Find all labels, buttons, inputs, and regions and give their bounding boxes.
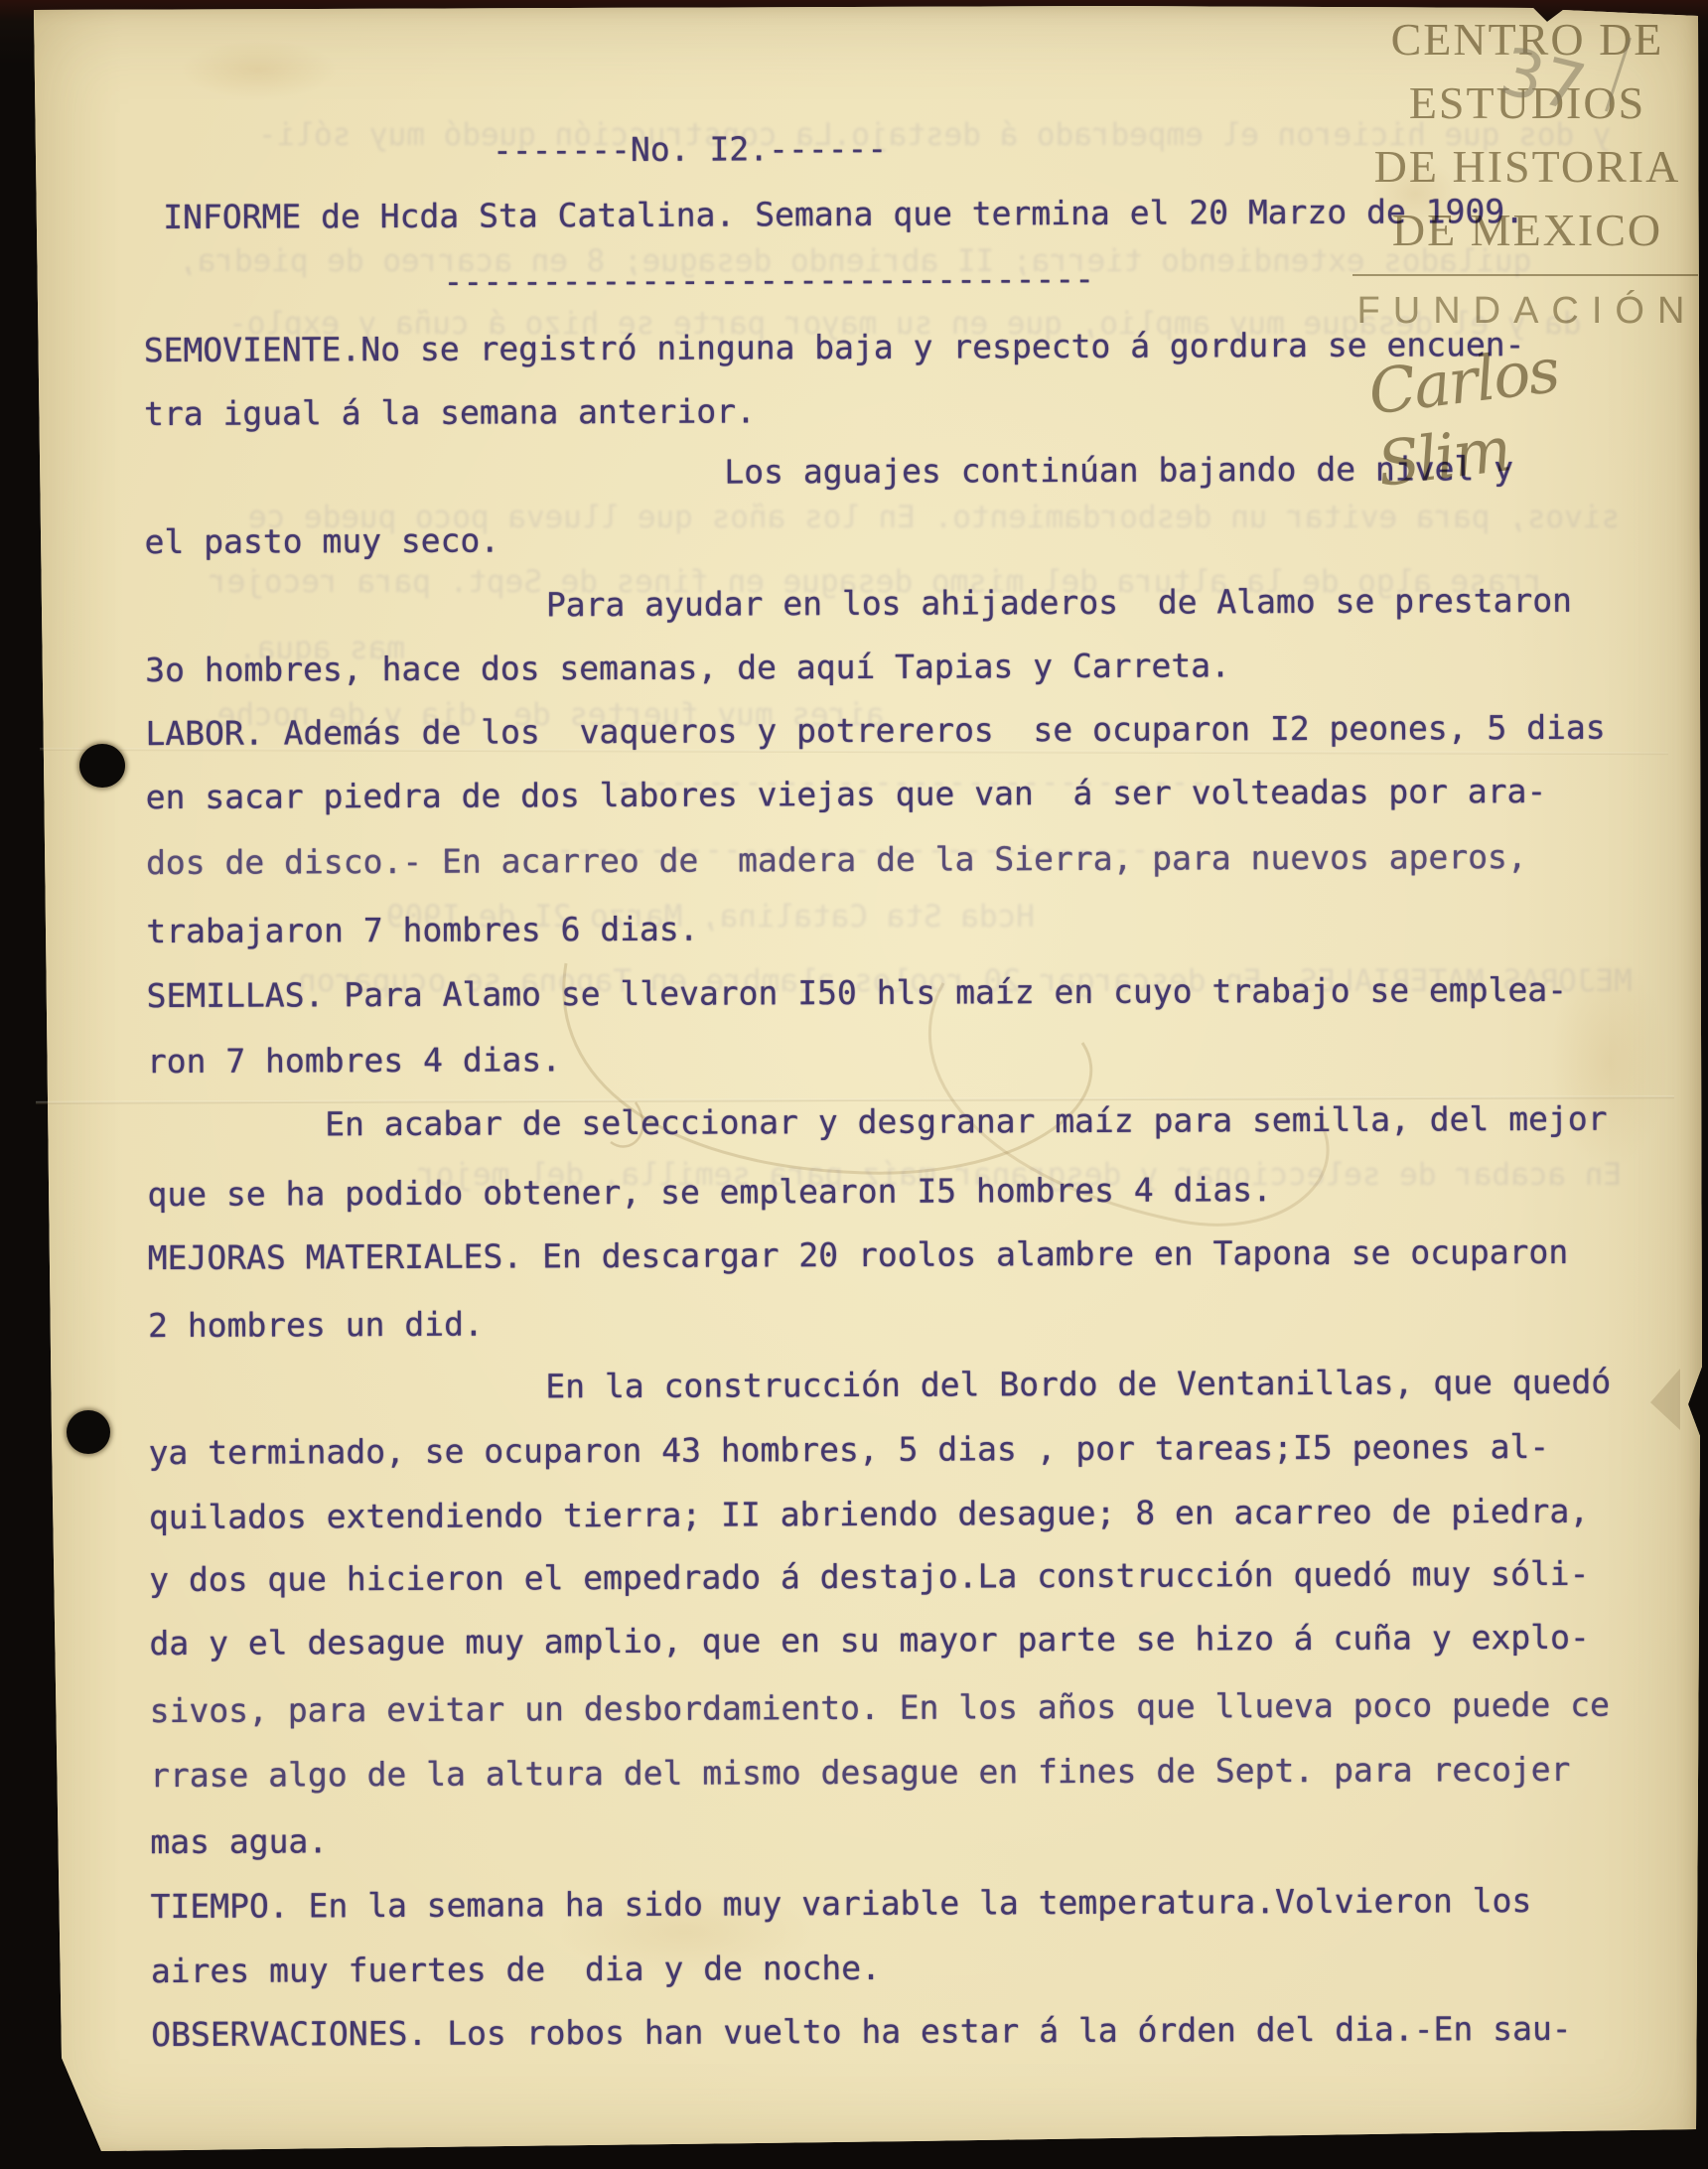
typed-line-1: INFORME de Hcda Sta Catalina. Semana que…	[163, 192, 1524, 236]
typed-line-6: el pasto muy seco.	[145, 521, 500, 562]
typed-line-4: tra igual á la semana anterior.	[144, 391, 756, 433]
typed-line-22: y dos que hicieron el empedrado á destaj…	[149, 1554, 1590, 1599]
typed-line-14: ron 7 hombres 4 dias.	[147, 1040, 561, 1081]
typed-line-27: TIEMPO. En la semana ha sido muy variabl…	[151, 1881, 1532, 1926]
typed-line-18: 2 hombres un did.	[148, 1305, 484, 1345]
typed-line-29: OBSERVACIONES. Los robos han vuelto ha e…	[151, 2009, 1572, 2054]
typed-line-24: sivos, para evitar un desbordamiento. En…	[150, 1685, 1610, 1730]
typed-line-7: Para ayudar en los ahijaderos de Alamo s…	[546, 581, 1572, 625]
stamp-line-3: DE HISTORIA	[1347, 135, 1708, 199]
typed-line-8: 3o hombres, hace dos semanas, de aquí Ta…	[145, 646, 1230, 689]
typed-line-2: ---------------------------------	[443, 259, 1094, 301]
typed-line-12: trabajaron 7 hombres 6 dias.	[146, 910, 698, 950]
stamp-line-4: DE MEXICO	[1347, 199, 1708, 262]
typed-line-26: mas agua.	[150, 1821, 328, 1861]
punch-hole-top	[79, 744, 125, 788]
typed-line-23: da y el desague muy amplio, que en su ma…	[149, 1618, 1590, 1663]
typed-line-17: MEJORAS MATERIALES. En descargar 20 rool…	[148, 1232, 1569, 1277]
typed-line-25: rrase algo de la altura del mismo desagu…	[150, 1750, 1571, 1795]
typed-line-21: quilados extendiendo tierra; II abriendo…	[149, 1492, 1590, 1536]
typed-line-13: SEMILLAS. Para Alamo se llevaron I50 hls…	[147, 970, 1568, 1015]
punch-hole-bottom	[67, 1410, 110, 1454]
typed-line-28: aires muy fuertes de dia y de noche.	[151, 1949, 881, 1990]
typed-line-9: LABOR. Además de los vaqueros y potrerer…	[145, 708, 1605, 753]
typed-line-0: -------No. I2.------	[493, 129, 888, 170]
typed-line-11: dos de disco.- En acarreo de madera de l…	[146, 837, 1527, 882]
typed-line-16: que se ha podido obtener, se emplearon I…	[147, 1170, 1272, 1214]
stamp-divider	[1352, 274, 1698, 276]
typed-line-3: SEMOVIENTE.No se registró ninguna baja y…	[144, 325, 1525, 369]
typed-line-15: En acabar de seleccionar y desgranar maí…	[325, 1099, 1608, 1144]
typed-line-20: ya terminado, se ocuparon 43 hombres, 5 …	[149, 1427, 1550, 1472]
typed-line-19: En la construcción del Bordo de Ventanil…	[545, 1363, 1611, 1406]
typed-line-10: en sacar piedra de dos labores viejas qu…	[146, 772, 1547, 816]
scanned-document: y dos que hicieron el empedrado á destaj…	[0, 0, 1708, 2169]
